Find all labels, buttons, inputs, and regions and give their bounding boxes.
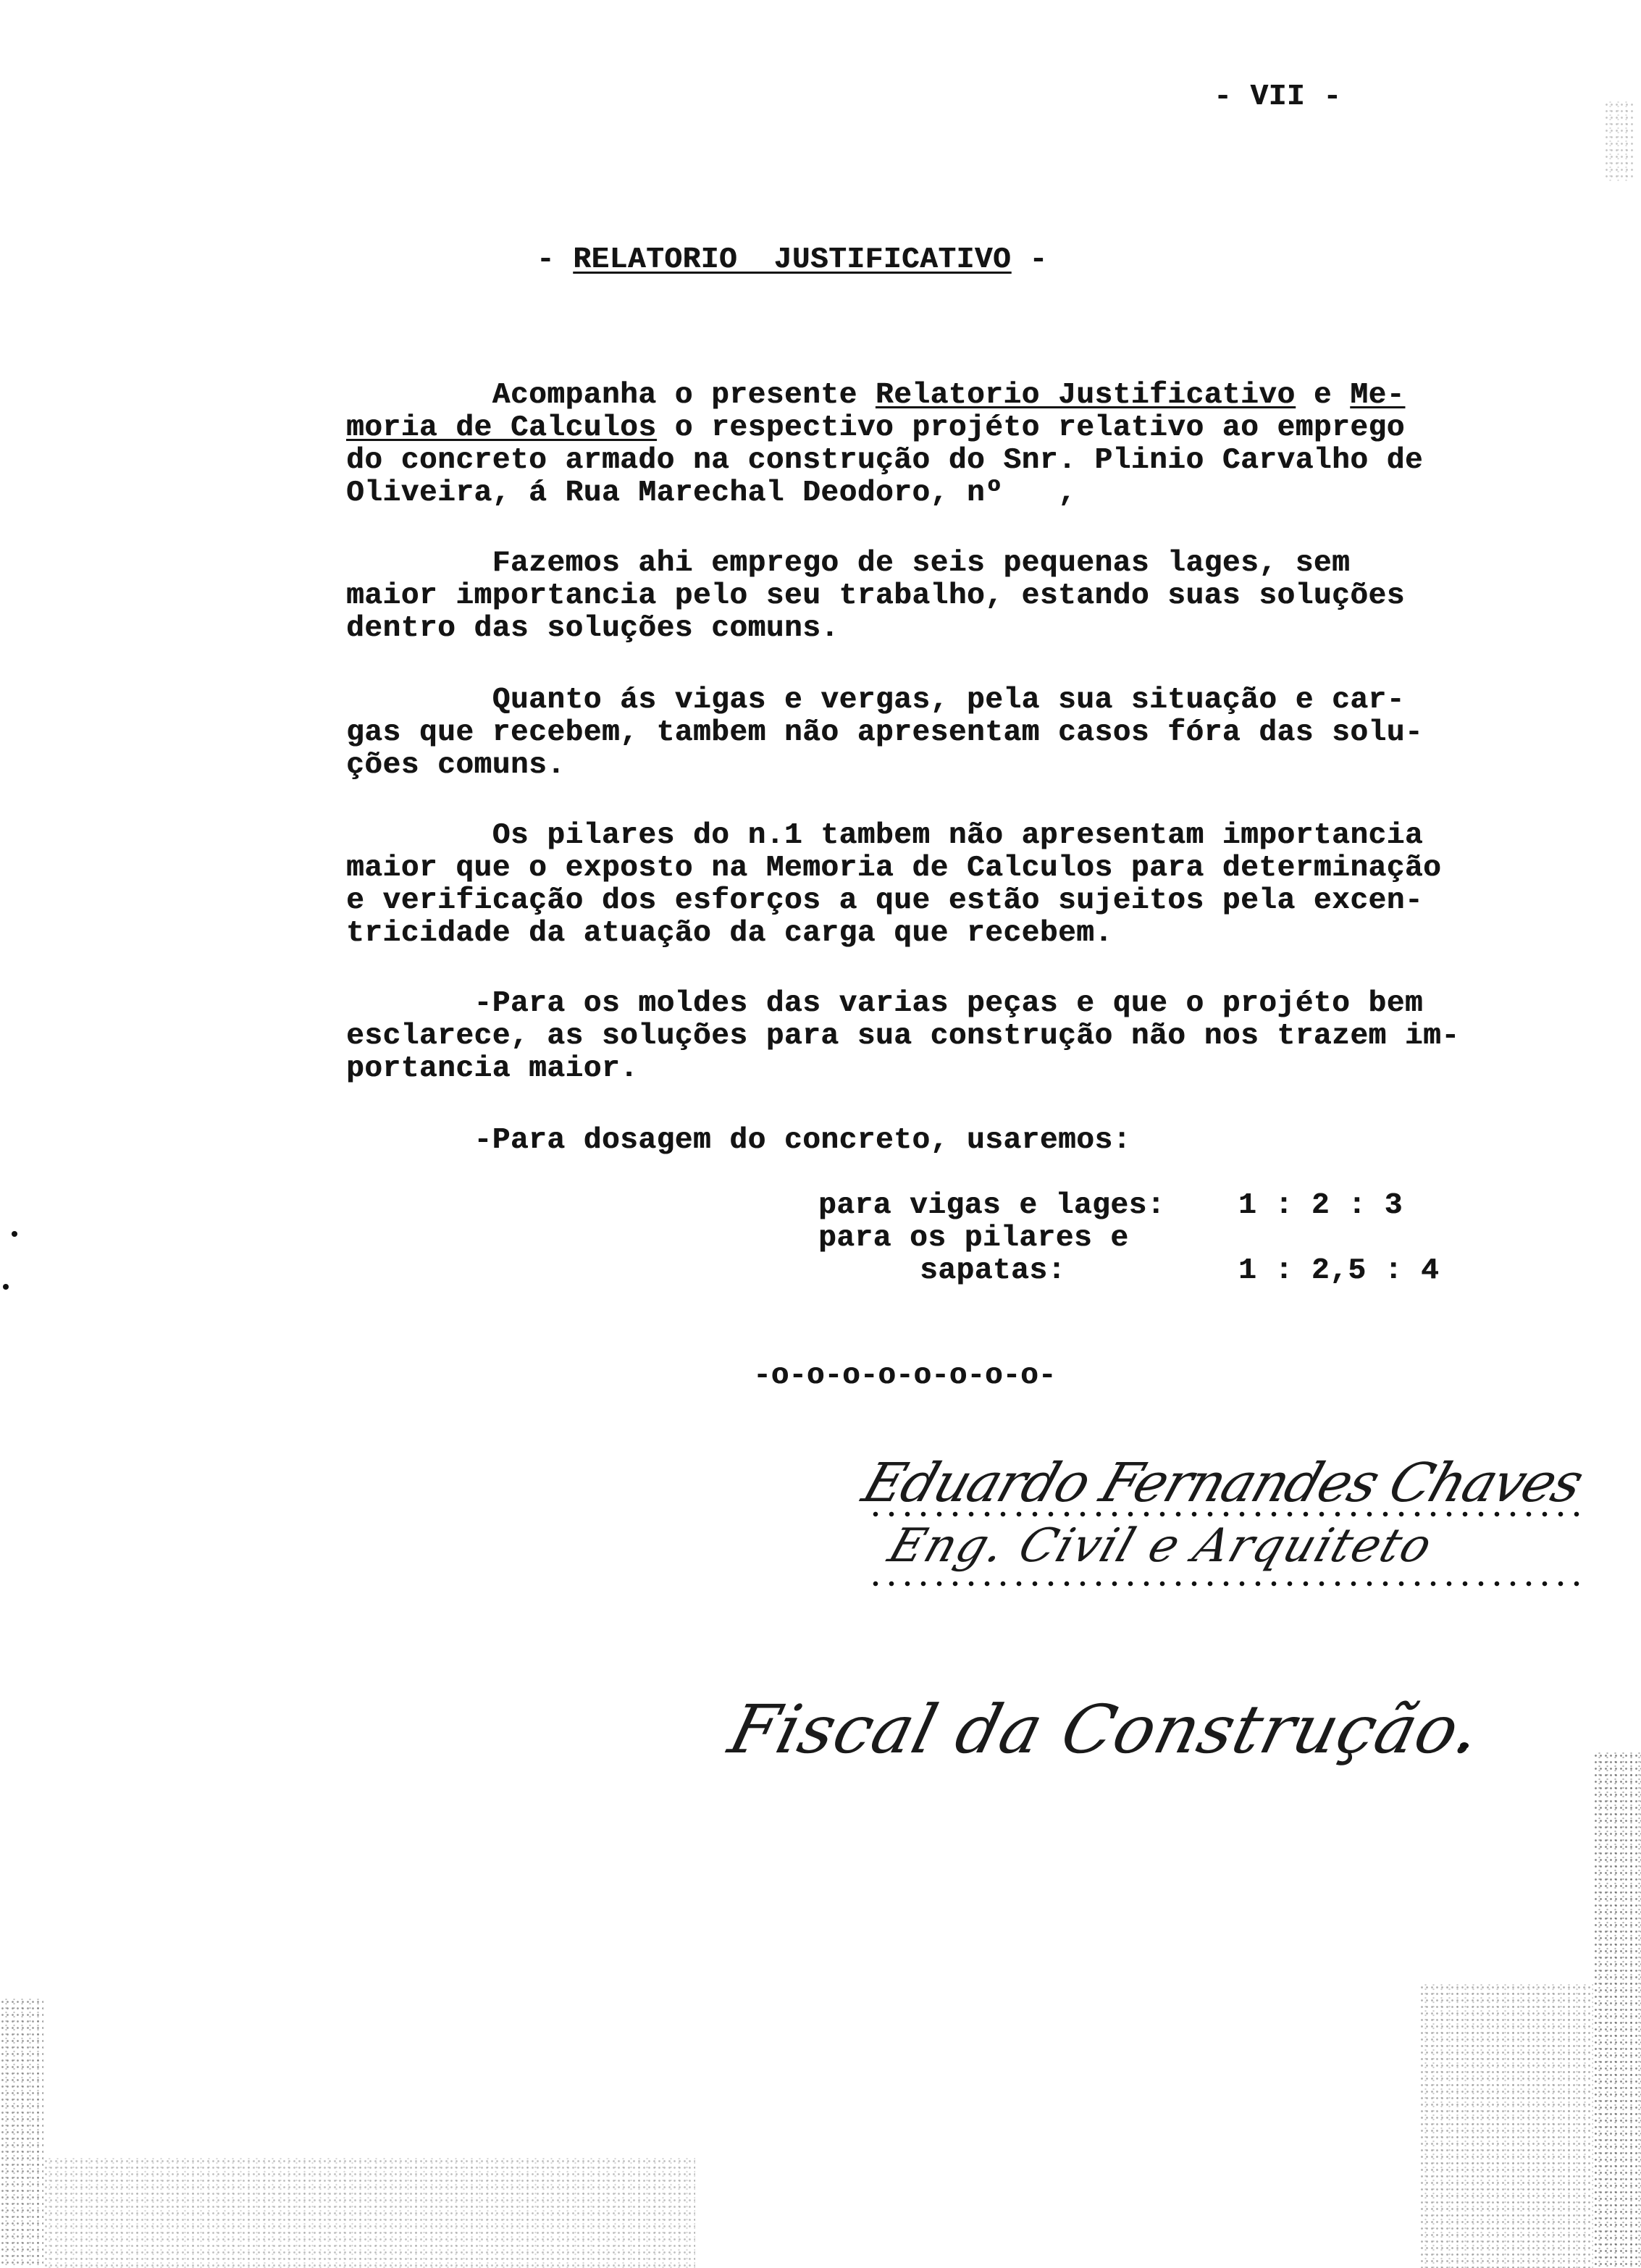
text-segment: maior importancia pelo seu trabalho, est… [346, 579, 1405, 613]
text-line: -Para dosagem do concreto, usaremos: [346, 1125, 1592, 1157]
text-line: portancia maior. [346, 1053, 1592, 1085]
paragraph-lages: Fazemos ahi emprego de seis pequenas lag… [346, 547, 1592, 645]
text-line: maior importancia pelo seu trabalho, est… [346, 580, 1592, 613]
text-line: -Para os moldes das varias peças e que o… [346, 988, 1592, 1020]
text-segment: do concreto armado na construção do Snr.… [346, 444, 1423, 477]
document-title: - RELATORIO JUSTIFICATIVO - [463, 211, 1048, 309]
title-text: RELATORIO JUSTIFICATIVO [573, 243, 1011, 277]
text-segment: ções comuns. [346, 749, 565, 782]
mix-row: para vigas e lages: 1 : 2 : 3 [818, 1190, 1439, 1222]
underlined-reference: Relatorio Justificativo [876, 379, 1296, 412]
concrete-mix-table: para vigas e lages: 1 : 2 : 3 para os pi… [818, 1190, 1439, 1288]
scan-speck [1460, 1742, 1469, 1749]
text-line: Quanto ás vigas e vergas, pela sua situa… [346, 684, 1592, 717]
text-segment: e verificação dos esforços a que estão s… [346, 884, 1423, 917]
scan-noise-left-edge [0, 1999, 43, 2268]
text-segment: dentro das soluções comuns. [346, 612, 839, 645]
mix-row: sapatas: 1 : 2,5 : 4 [818, 1255, 1439, 1288]
paragraph-intro: Acompanha o presente Relatorio Justifica… [346, 379, 1592, 510]
mix-label: para os pilares e [818, 1222, 1238, 1255]
mix-label: para vigas e lages: [818, 1190, 1238, 1222]
underlined-reference: Me- [1350, 379, 1405, 412]
text-segment: -Para os moldes das varias peças e que o… [346, 987, 1423, 1020]
text-segment: Os pilares do n.1 tambem não apresentam … [346, 819, 1423, 852]
text-segment: maior que o exposto na Memoria de Calcul… [346, 852, 1441, 885]
text-line: Oliveira, á Rua Marechal Deodoro, nº , [346, 477, 1592, 510]
paragraph-dosagem: -Para dosagem do concreto, usaremos: [346, 1125, 1592, 1157]
text-segment: Acompanha o presente [346, 379, 876, 412]
mix-ratio: 1 : 2 : 3 [1238, 1190, 1403, 1222]
paragraph-vigas: Quanto ás vigas e vergas, pela sua situa… [346, 684, 1592, 782]
text-line: esclarece, as soluções para sua construç… [346, 1020, 1592, 1053]
engineer-signature: Eduardo Fernandes Chaves [855, 1452, 1590, 1514]
text-segment: e [1296, 379, 1351, 412]
text-line: maior que o exposto na Memoria de Calcul… [346, 852, 1592, 885]
underlined-reference: moria de Calculos [346, 411, 656, 445]
text-segment: gas que recebem, tambem não apresentam c… [346, 716, 1423, 749]
text-segment: Quanto ás vigas e vergas, pela sua situa… [346, 684, 1405, 717]
section-separator: -o-o-o-o-o-o-o-o- [753, 1360, 1056, 1393]
mix-row: para os pilares e [818, 1222, 1439, 1255]
engineer-title-signature: Eng. Civil e Arquiteto [882, 1519, 1440, 1573]
text-segment: tricidade da atuação da carga que recebe… [346, 917, 1113, 950]
title-suffix: - [1011, 243, 1047, 277]
scan-noise-right-edge [1593, 1752, 1641, 2268]
text-segment: portancia maior. [346, 1052, 638, 1085]
paragraph-moldes: -Para os moldes das varias peças e que o… [346, 988, 1592, 1085]
text-segment: Fazemos ahi emprego de seis pequenas lag… [346, 547, 1350, 580]
text-line: Fazemos ahi emprego de seis pequenas lag… [346, 547, 1592, 580]
document-page: - VII - - RELATORIO JUSTIFICATIVO - Acom… [0, 0, 1641, 2268]
text-line: tricidade da atuação da carga que recebe… [346, 917, 1592, 950]
scan-noise-bottom [43, 2158, 695, 2268]
signature-dotted-line [868, 1581, 1585, 1587]
mix-label: sapatas: [818, 1255, 1238, 1288]
signature-dotted-line [868, 1511, 1585, 1517]
scan-speck [12, 1231, 17, 1237]
title-prefix: - [537, 243, 573, 277]
text-segment: Oliveira, á Rua Marechal Deodoro, nº , [346, 476, 1076, 510]
mix-ratio: 1 : 2,5 : 4 [1238, 1255, 1439, 1288]
inspector-signature: Fiscal da Construção. [722, 1691, 1488, 1768]
paragraph-pilares: Os pilares do n.1 tambem não apresentam … [346, 820, 1592, 950]
text-line: gas que recebem, tambem não apresentam c… [346, 717, 1592, 749]
text-line: Acompanha o presente Relatorio Justifica… [346, 379, 1592, 412]
text-line: moria de Calculos o respectivo projéto r… [346, 412, 1592, 445]
text-line: dentro das soluções comuns. [346, 613, 1592, 645]
page-number: - VII - [1214, 81, 1341, 114]
text-line: ções comuns. [346, 749, 1592, 782]
text-line: do concreto armado na construção do Snr.… [346, 445, 1592, 477]
text-line: Os pilares do n.1 tambem não apresentam … [346, 820, 1592, 852]
scan-speck [3, 1284, 9, 1290]
scan-noise-top-right [1604, 101, 1633, 181]
text-segment: -Para dosagem do concreto, usaremos: [346, 1124, 1131, 1157]
text-segment: o respectivo projéto relativo ao emprego [656, 411, 1404, 445]
scan-noise-bottom-right [1419, 1984, 1593, 2268]
text-segment: esclarece, as soluções para sua construç… [346, 1020, 1459, 1053]
text-line: e verificação dos esforços a que estão s… [346, 885, 1592, 917]
